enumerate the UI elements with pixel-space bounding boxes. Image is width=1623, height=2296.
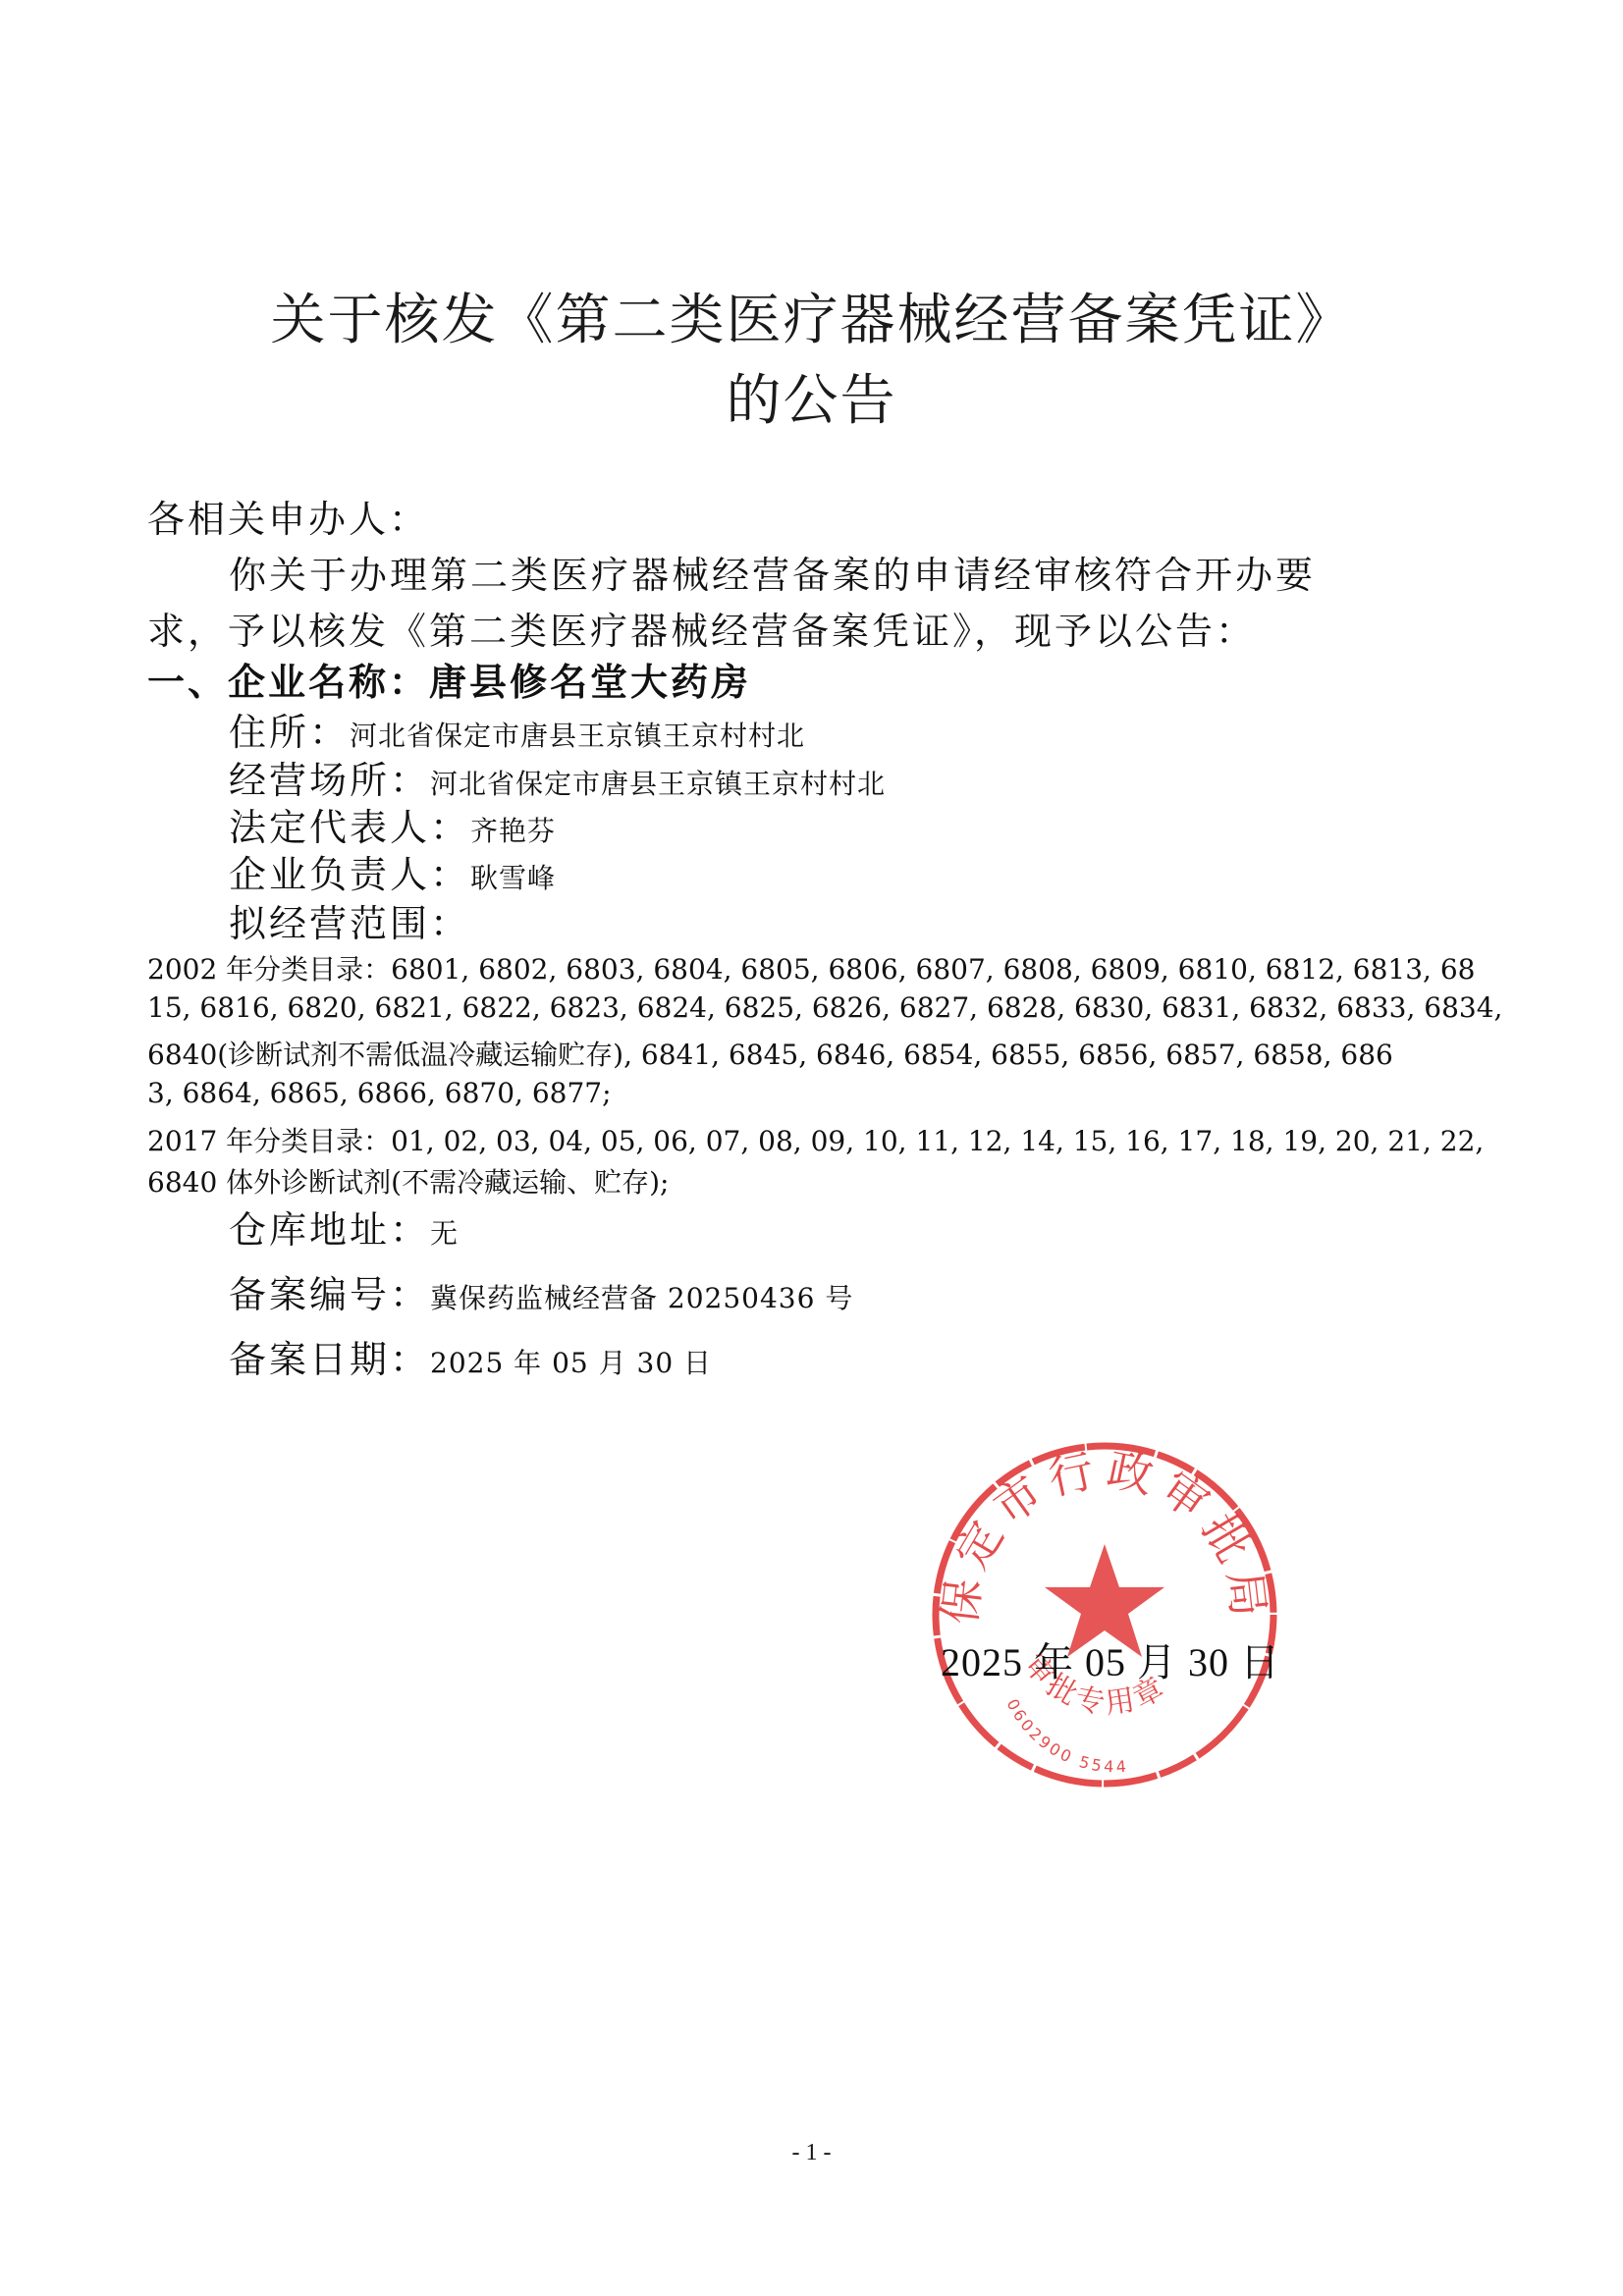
scope-line-6: 6840 体外诊断试剂(不需冷藏运输、贮存); — [147, 1161, 669, 1201]
enterprise-name-row: 一、 企业名称： 唐县修名堂大药房 — [147, 652, 751, 706]
scope-line-2: 15, 6816, 6820, 6821, 6822, 6823, 6824, … — [147, 991, 1502, 1024]
enterprise-name-value: 唐县修名堂大药房 — [429, 652, 751, 706]
principal-value: 耿雪峰 — [470, 857, 556, 896]
record-date-label: 备案日期： — [229, 1329, 430, 1383]
section-number: 一、 — [147, 652, 228, 706]
salutation: 各相关申办人： — [147, 489, 429, 543]
record-date-value: 2025 年 05 月 30 日 — [430, 1342, 712, 1381]
record-number-value: 冀保药监械经营备 20250436 号 — [430, 1277, 853, 1316]
principal-row: 企业负责人： 耿雪峰 — [229, 844, 556, 898]
warehouse-value: 无 — [430, 1212, 459, 1252]
legal-rep-label: 法定代表人： — [229, 797, 470, 851]
principal-label: 企业负责人： — [229, 844, 470, 898]
legal-rep-row: 法定代表人： 齐艳芬 — [229, 797, 556, 851]
scope-line-4: 3, 6864, 6865, 6866, 6870, 6877; — [147, 1077, 612, 1109]
scope-line-3: 6840(诊断试剂不需低温冷藏运输贮存), 6841, 6845, 6846, … — [147, 1034, 1393, 1073]
body-line-2: 求，予以核发《第二类医疗器械经营备案凭证》，现予以公告： — [147, 601, 1256, 655]
document-title-line1: 关于核发《第二类医疗器械经营备案凭证》 — [0, 277, 1623, 355]
scope-line-5: 2017 年分类目录：01, 02, 03, 04, 05, 06, 07, 0… — [147, 1120, 1484, 1159]
body-line-1: 你关于办理第二类医疗器械经营备案的申请经审核符合开办要 — [229, 545, 1316, 599]
premises-label: 经营场所： — [229, 750, 430, 804]
address-label: 住所： — [229, 702, 350, 756]
warehouse-row: 仓库地址： 无 — [229, 1200, 459, 1254]
scope-line-1: 2002 年分类目录：6801, 6802, 6803, 6804, 6805,… — [147, 948, 1476, 988]
address-row: 住所： 河北省保定市唐县王京镇王京村村北 — [229, 702, 805, 756]
address-value: 河北省保定市唐县王京镇王京村村北 — [350, 715, 805, 754]
premises-row: 经营场所： 河北省保定市唐县王京镇王京村村北 — [229, 750, 886, 804]
legal-rep-value: 齐艳芬 — [470, 810, 556, 849]
document-title-line2: 的公告 — [0, 357, 1623, 436]
enterprise-name-label: 企业名称： — [228, 652, 429, 706]
record-date-row: 备案日期： 2025 年 05 月 30 日 — [229, 1329, 712, 1383]
official-seal-stamp: 保定市行政审批局 审批专用章 0602900 5544 — [928, 1438, 1281, 1791]
record-number-label: 备案编号： — [229, 1264, 430, 1318]
record-number-row: 备案编号： 冀保药监械经营备 20250436 号 — [229, 1264, 853, 1318]
scope-label: 拟经营范围： — [229, 893, 470, 947]
warehouse-label: 仓库地址： — [229, 1200, 430, 1254]
page-number: - 1 - — [0, 2140, 1623, 2166]
premises-value: 河北省保定市唐县王京镇王京村村北 — [430, 763, 886, 802]
signature-date: 2025 年 05 月 30 日 — [941, 1631, 1280, 1687]
